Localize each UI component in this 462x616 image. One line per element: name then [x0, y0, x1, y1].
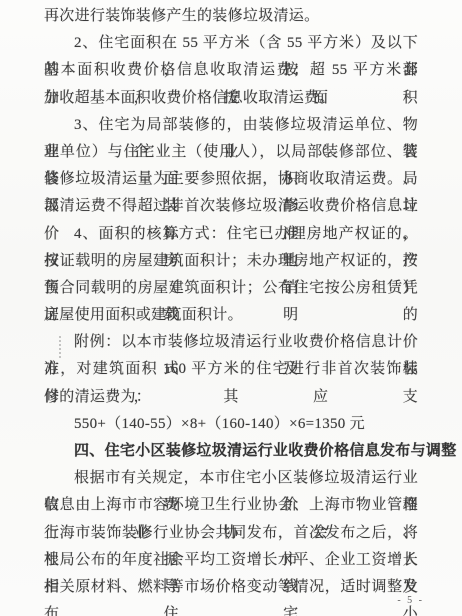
text-line: 信息由上海市市容环境卫生行业协会、上海市物业管理行业协会、 [44, 492, 418, 519]
text-line: 550+（140-55）×8+（160-140）×6=1350 元 [44, 411, 418, 438]
text-line: 社局公布的年度社会平均工资增长水平、企业工资增长指导线及 [44, 547, 418, 574]
text-line: 上海市装饰装修行业协会共同发布，首次发布之后，将根据市人 [44, 520, 418, 547]
document-page: 再次进行装饰装修产生的装修垃圾清运。2、住宅面积在 55 平方米（含 55 平方… [0, 0, 462, 616]
scan-artifact-mark [59, 336, 61, 358]
text-line: 准，对建筑面积 160 平方米的住宅进行非首次装饰装修，其应支 [44, 356, 418, 383]
text-line: 3、住宅为局部装修的，由装修垃圾清运单位、物业企业（管 [44, 112, 418, 139]
document-body: 再次进行装饰装修产生的装修垃圾清运。2、住宅面积在 55 平方米（含 55 平方… [44, 3, 418, 601]
section-heading: 四、住宅小区装修垃圾清运行业收费价格信息发布与调整 [44, 438, 418, 465]
text-line: 再次进行装饰装修产生的装修垃圾清运。 [44, 3, 418, 30]
text-line: 2、住宅面积在 55 平方米（含 55 平方米）及以下的，按套 [44, 30, 418, 57]
text-line: 装修垃圾清运量为主要参照依据，协商收取清运费。局部装修垃 [44, 166, 418, 193]
page-number: - 5 - [397, 595, 424, 606]
text-line: 相关原材料、燃料等市场价格变动等情况，适时调整发布住宅小 [44, 574, 418, 601]
text-line: 售合同载明的房屋建筑面积计；公有住宅按公房租赁凭证载明的 [44, 275, 418, 302]
text-line: 权证载明的房屋建筑面积计；未办理房地产权证的，按预（销） [44, 248, 418, 275]
text-line: 圾清运费不得超过非首次装修垃圾清运收费价格信息计价标准。 [44, 193, 418, 220]
text-line: 4、面积的核算方式：住宅已办理房地产权证的，按房地产 [44, 221, 418, 248]
text-line: 理单位）与住宅业主（使用人），以局部装修部位、装修面积、 [44, 139, 418, 166]
text-line: 根据市有关规定，本市住宅小区装修垃圾清运行业收费价格 [44, 465, 418, 492]
text-line: 附例：以本市装修垃圾清运行业收费价格信息计价方式及标 [44, 329, 418, 356]
text-line: 基本面积收费价格信息收取清运费；超 55 平方米部分，按面积 [44, 57, 418, 84]
